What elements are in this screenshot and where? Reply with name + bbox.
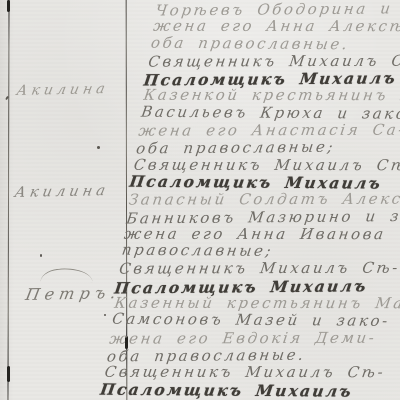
scanned-register-page: Акилина Акилина Петръ. Чорѣевъ Ободорина… xyxy=(0,0,400,400)
entry-text-line: жена его Евдокія Деми- xyxy=(108,329,400,347)
baptized-name: Акилина xyxy=(13,183,110,201)
ink-speck xyxy=(104,314,106,316)
baptized-name: Петръ. xyxy=(24,283,123,304)
baptized-name: Акилина xyxy=(15,81,110,99)
ink-speck xyxy=(97,146,100,149)
entry-text-line: жена его Анастасія Са- xyxy=(137,121,400,139)
ink-speck xyxy=(40,254,42,257)
entry-text-column: Чорѣевъ Ободорина и зако-жена его Анна А… xyxy=(101,1,400,399)
entry-text-line: Запасный Солдатъ Алексѣ- xyxy=(128,191,400,209)
entry-text-line: Псаломщикъ Михаилъ xyxy=(99,380,400,400)
names-column: Акилина Акилина Петръ. xyxy=(0,0,126,400)
